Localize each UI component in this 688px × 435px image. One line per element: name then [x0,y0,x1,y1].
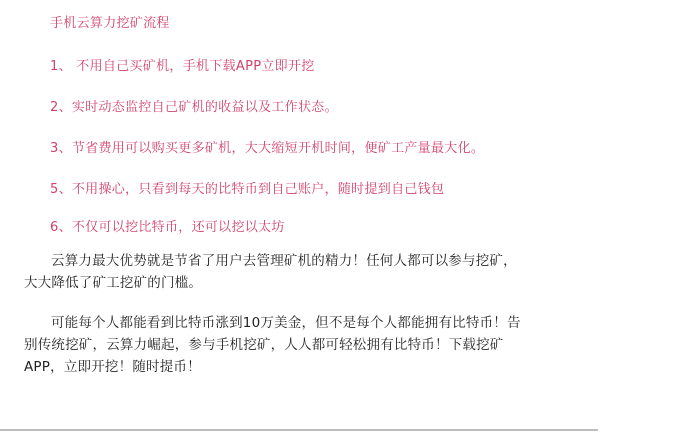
list-item: 3、节省费用可以购买更多矿机，大大缩短开机时间，便矿工产量最大化。 [50,137,484,156]
list-item: 2、实时动态监控自己矿机的收益以及工作状态。 [50,96,338,115]
list-item: 6、不仅可以挖比特币，还可以挖以太坊 [50,216,285,235]
section-heading: 手机云算力挖矿流程 [50,12,170,31]
divider [0,429,598,431]
article-body: 手机云算力挖矿流程 1、 不用自己买矿机，手机下载APP立即开挖 2、实时动态监… [0,0,600,435]
paragraph: 可能每个人都能看到比特币涨到10万美金，但不是每个人都能拥有比特币！告别传统挖矿… [24,312,529,378]
list-item: 5、不用操心，只看到每天的比特币到自己账户，随时提到自己钱包 [50,178,444,197]
list-item: 1、 不用自己买矿机，手机下载APP立即开挖 [50,55,315,74]
paragraph: 云算力最大优势就是节省了用户去管理矿机的精力！任何人都可以参与挖矿，大大降低了矿… [24,250,529,294]
